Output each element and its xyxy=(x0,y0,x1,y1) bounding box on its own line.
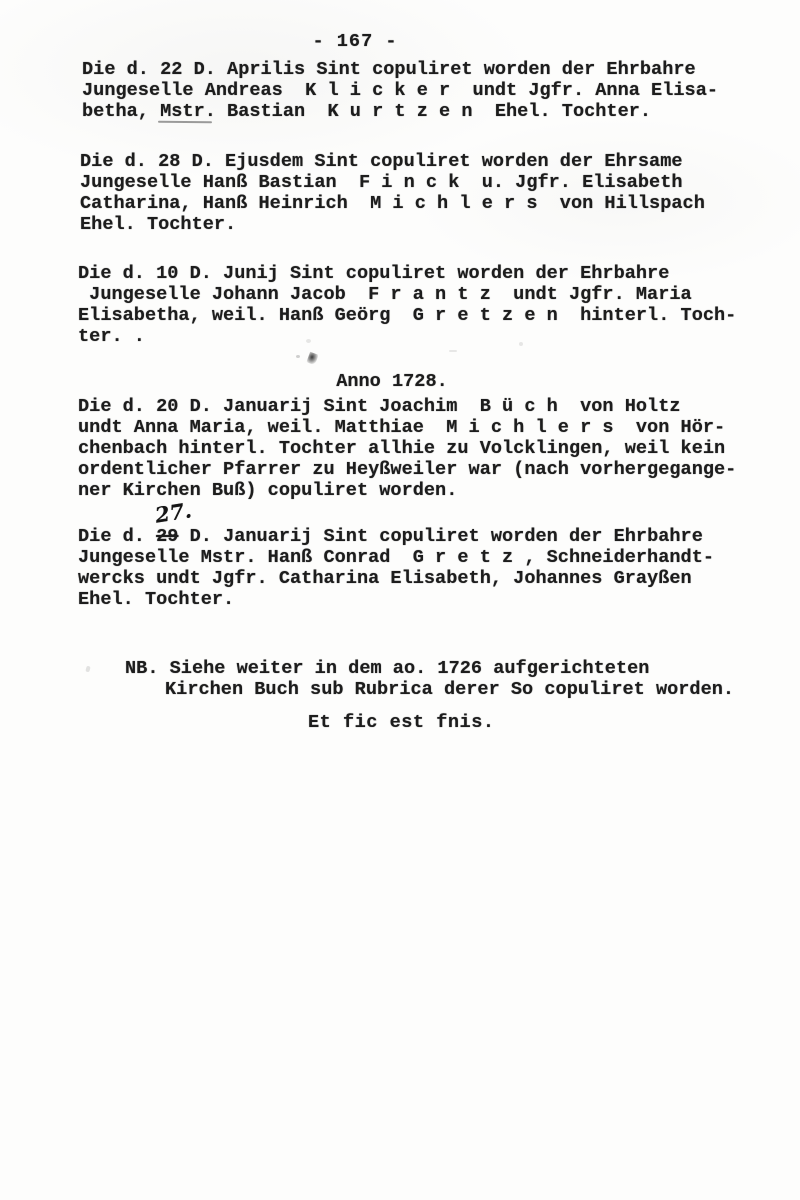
ink-speck xyxy=(85,666,90,673)
marriage-entry-january-20: Die d. 20 D. Januarij Sint Joachim B ü c… xyxy=(78,396,736,501)
ink-speck xyxy=(449,350,457,352)
entry-line: Jungeselle Johann Jacob F r a n t z undt… xyxy=(78,284,736,305)
entry-line: Catharina, Hanß Heinrich M i c h l e r s… xyxy=(80,193,705,214)
ink-speck xyxy=(306,339,311,343)
entry-line-prefix: Die d. xyxy=(78,526,156,547)
entry-line: Ehel. Tochter. xyxy=(80,214,705,235)
marriage-entry-june-10: Die d. 10 D. Junij Sint copuliret worden… xyxy=(78,263,736,347)
entry-line: Jungeselle Mstr. Hanß Conrad G r e t z ,… xyxy=(78,547,714,568)
entry-line: ner Kirchen Buß) copuliret worden. xyxy=(78,480,736,501)
entry-line: Elisabetha, weil. Hanß Geörg G r e t z e… xyxy=(78,305,736,326)
entry-line: ter. . xyxy=(78,326,736,347)
ink-blot xyxy=(306,352,318,365)
nb-line: NB. Siehe weiter in dem ao. 1726 aufgeri… xyxy=(125,658,734,679)
entry-line: Jungeselle Hanß Bastian F i n c k u. Jgf… xyxy=(80,172,705,193)
entry-line: Jungeselle Andreas K l i c k e r undt Jg… xyxy=(82,80,718,101)
entry-line: Die d. 22 D. Aprilis Sint copuliret word… xyxy=(82,59,718,80)
nb-line: Kirchen Buch sub Rubrica derer So copuli… xyxy=(165,679,734,700)
entry-line: Die d. 28 D. Ejusdem Sint copuliret word… xyxy=(80,151,705,172)
entry-line: undt Anna Maria, weil. Matthiae M i c h … xyxy=(78,417,736,438)
marriage-entry-april-22: Die d. 22 D. Aprilis Sint copuliret word… xyxy=(82,59,718,122)
scanned-register-page: - 167 - Die d. 22 D. Aprilis Sint copuli… xyxy=(0,0,800,1200)
entry-line: Die d. 10 D. Junij Sint copuliret worden… xyxy=(78,263,736,284)
page-number: - 167 - xyxy=(0,31,755,52)
entry-line: Die d. 20 D. Januarij Sint Joachim B ü c… xyxy=(78,396,736,417)
nota-bene-note: NB. Siehe weiter in dem ao. 1726 aufgeri… xyxy=(125,658,734,700)
entry-line: Ehel. Tochter. xyxy=(78,589,714,610)
year-heading: Anno 1728. xyxy=(0,371,792,392)
entry-line: chenbach hinterl. Tochter allhie zu Volc… xyxy=(78,438,736,459)
entry-line: betha, Mstr. Bastian K u r t z e n Ehel.… xyxy=(82,101,718,122)
marriage-entry-april-28: Die d. 28 D. Ejusdem Sint copuliret word… xyxy=(80,151,705,235)
entry-line: wercks undt Jgfr. Catharina Elisabeth, J… xyxy=(78,568,714,589)
entry-line-suffix: D. Januarij Sint copuliret worden der Eh… xyxy=(178,526,702,547)
marriage-entry-january-27: Die d. 29 D. Januarij Sint copuliret wor… xyxy=(78,526,714,610)
struck-out-date: 29 xyxy=(156,526,178,547)
ink-speck xyxy=(694,88,698,91)
ink-speck xyxy=(519,342,523,346)
entry-line: ordentlicher Pfarrer zu Heyßweiler war (… xyxy=(78,459,736,480)
ink-speck xyxy=(333,111,336,114)
entry-line: Die d. 29 D. Januarij Sint copuliret wor… xyxy=(78,526,714,547)
handwritten-date-correction: 27. xyxy=(153,497,193,527)
ink-speck xyxy=(296,355,300,358)
underline-mark xyxy=(158,121,212,123)
closing-line: Et fic est fnis. xyxy=(308,712,495,733)
